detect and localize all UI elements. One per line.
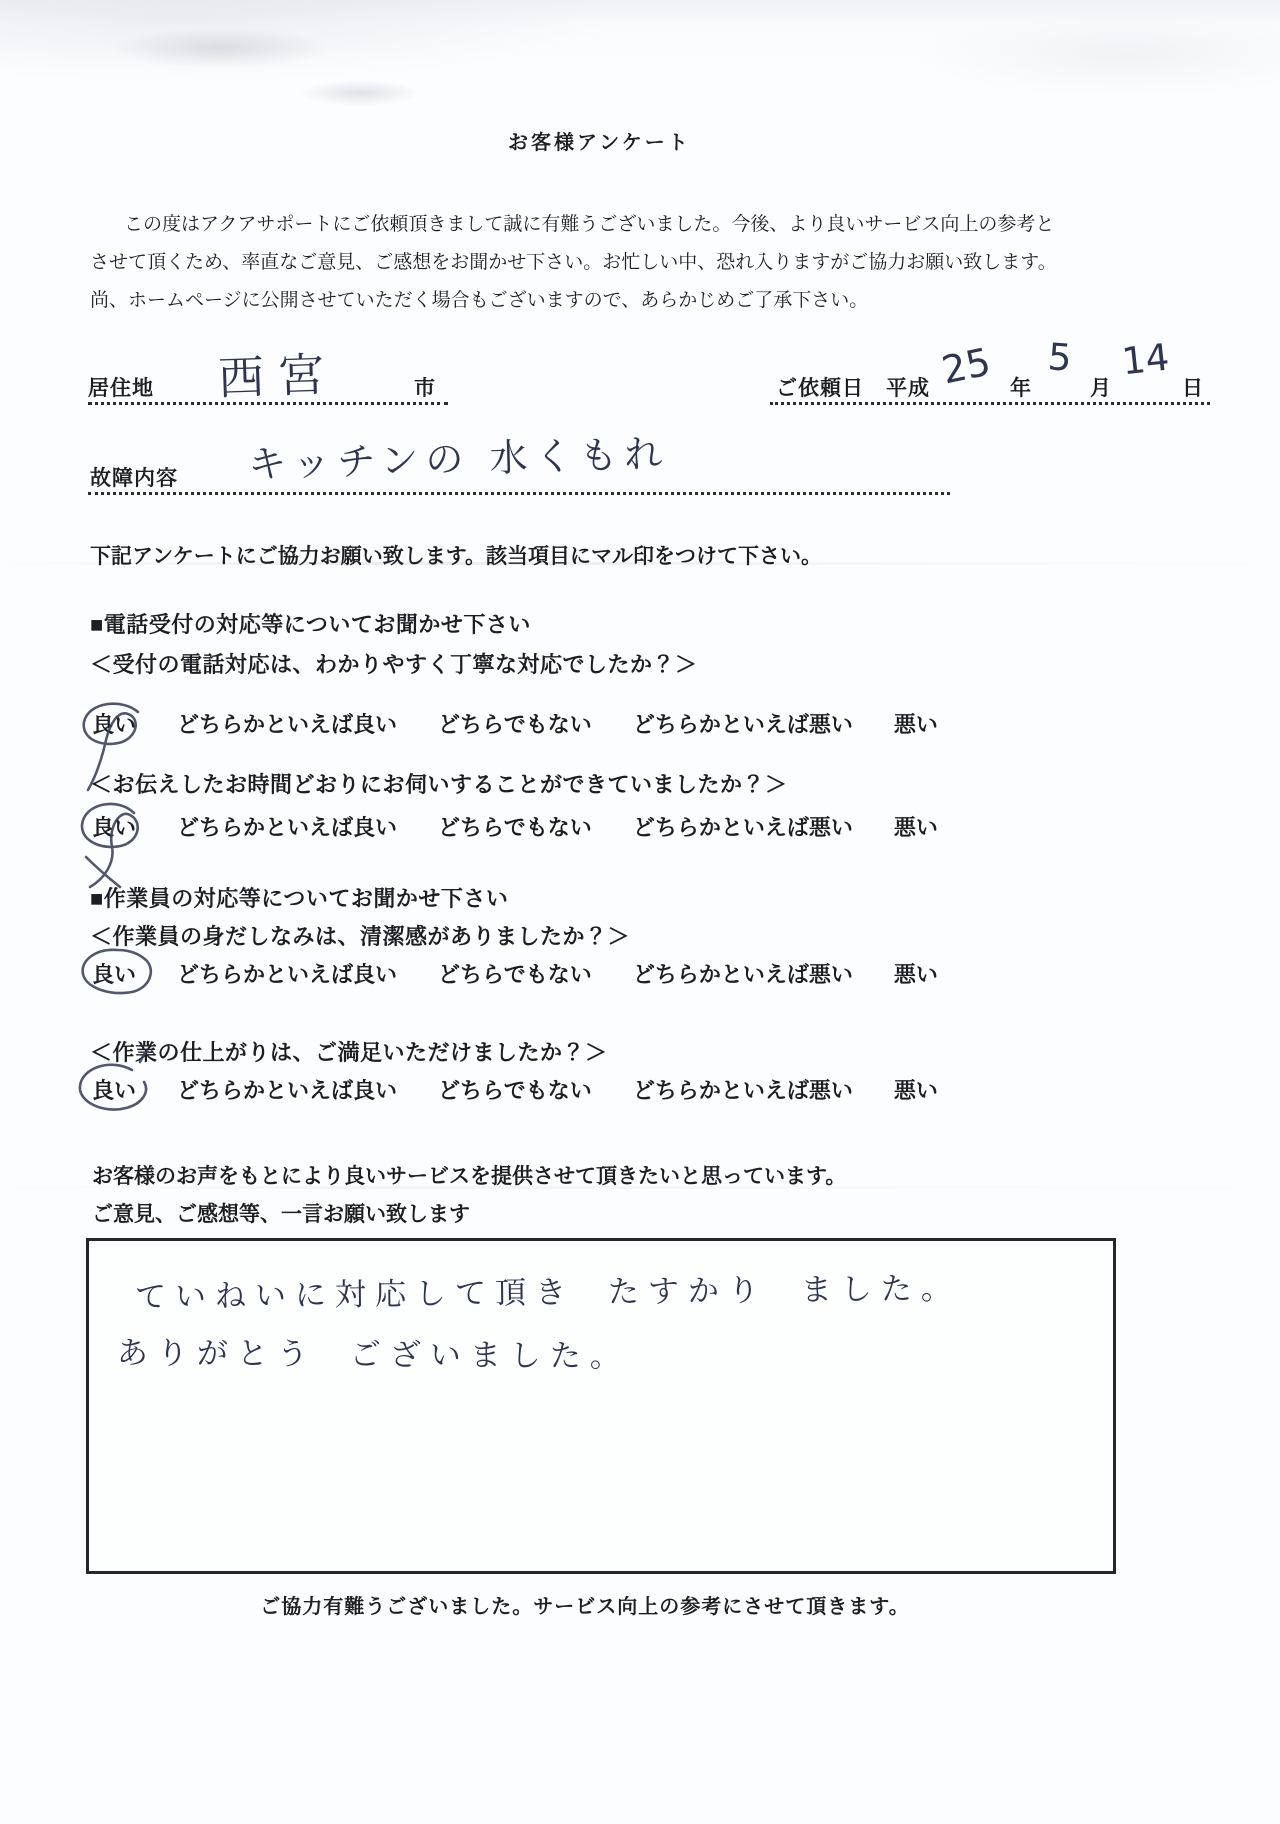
option-rather-bad: どちらかといえば悪い [633, 708, 853, 739]
option-good: 良い [92, 708, 136, 739]
option-bad: 悪い [894, 1074, 938, 1105]
handwritten-comment-line: ありがとう ございました。 [117, 1327, 630, 1376]
circle-mark [74, 795, 154, 895]
question-prompt: ＜受付の電話対応は、わかりやすく丁寧な対応でしたか？＞ [90, 648, 698, 679]
option-label: 悪い [894, 712, 938, 737]
option-good: 良い [92, 958, 136, 989]
option-label: どちらかといえば悪い [633, 712, 853, 737]
option-label: 良い [92, 1078, 136, 1103]
option-label: どちらでもない [438, 1078, 592, 1103]
dotted-underline [88, 372, 448, 405]
option-rather-good: どちらかといえば良い [177, 1074, 397, 1105]
dotted-underline [770, 372, 1210, 405]
dotted-underline [88, 462, 950, 495]
option-label: どちらでもない [438, 815, 592, 840]
closing-line: お客様のお声をもとにより良いサービスを提供させて頂きたいと思っています。 [92, 1160, 846, 1190]
options-row: 良い どちらかといえば良い どちらでもない どちらかといえば悪い 悪い [92, 811, 938, 842]
option-label: どちらかといえば良い [177, 712, 397, 737]
options-row: 良い どちらかといえば良い どちらでもない どちらかといえば悪い 悪い [92, 958, 938, 989]
page-title: お客様アンケート [508, 126, 691, 155]
option-bad: 悪い [894, 958, 938, 989]
comment-box: ていねいに対応して頂き たすかり ました。 ありがとう ございました。 [86, 1238, 1116, 1574]
option-rather-bad: どちらかといえば悪い [633, 1074, 853, 1105]
option-label: 悪い [894, 1078, 938, 1103]
option-label: 良い [92, 962, 136, 987]
option-rather-good: どちらかといえば良い [177, 811, 397, 842]
intro-line: させて頂くため、率直なご意見、ご感想をお聞かせ下さい。お忙しい中、恐れ入りますが… [90, 244, 1060, 282]
section-header-phone: ■電話受付の対応等についてお聞かせ下さい [90, 608, 531, 639]
footer-note: ご協力有難うございました。サービス向上の参考にさせて頂きます。 [0, 1590, 1170, 1619]
options-row: 良い どちらかといえば良い どちらでもない どちらかといえば悪い 悪い [92, 1074, 938, 1105]
scan-smudge [110, 28, 330, 68]
option-good: 良い [92, 1074, 136, 1105]
option-bad: 悪い [894, 708, 938, 739]
option-rather-bad: どちらかといえば悪い [633, 958, 853, 989]
option-rather-bad: どちらかといえば悪い [633, 811, 853, 842]
option-label: どちらでもない [438, 712, 592, 737]
section-header-staff: ■作業員の対応等についてお聞かせ下さい [90, 882, 508, 913]
question-prompt: ＜作業員の身だしなみは、清潔感がありましたか？＞ [90, 920, 630, 951]
option-label: 悪い [894, 815, 938, 840]
option-label: どちらかといえば良い [177, 962, 397, 987]
scan-smudge [300, 80, 420, 106]
option-rather-good: どちらかといえば良い [177, 958, 397, 989]
option-bad: 悪い [894, 811, 938, 842]
survey-instruction: 下記アンケートにご協力お願い致します。該当項目にマル印をつけて下さい。 [90, 540, 822, 570]
options-row: 良い どちらかといえば良い どちらでもない どちらかといえば悪い 悪い [92, 708, 938, 739]
handwritten-comment-line: ていねいに対応して頂き たすかり ました。 [135, 1263, 961, 1317]
option-neutral: どちらでもない [438, 811, 592, 842]
option-label: どちらかといえば良い [177, 815, 397, 840]
intro-line: 尚、ホームページに公開させていただく場合もございますので、あらかじめご了承下さい… [90, 282, 1060, 320]
intro-line: この度はアクアサポートにご依頼頂きまして誠に有難うございました。今後、より良いサ… [90, 206, 1060, 244]
option-neutral: どちらでもない [438, 708, 592, 739]
option-label: 悪い [894, 962, 938, 987]
option-label: どちらかといえば良い [177, 1078, 397, 1103]
intro-paragraph: この度はアクアサポートにご依頼頂きまして誠に有難うございました。今後、より良いサ… [90, 206, 1060, 320]
option-neutral: どちらでもない [438, 958, 592, 989]
option-label: どちらかといえば悪い [633, 962, 853, 987]
closing-line: ご意見、ご感想等、一言お願い致します [92, 1198, 470, 1228]
option-label: 良い [92, 712, 136, 737]
option-label: どちらかといえば悪い [633, 1078, 853, 1103]
option-label: どちらかといえば悪い [633, 815, 853, 840]
scanned-survey-form: お客様アンケート この度はアクアサポートにご依頼頂きまして誠に有難うございました… [0, 0, 1280, 1824]
option-label: どちらでもない [438, 962, 592, 987]
option-neutral: どちらでもない [438, 1074, 592, 1105]
question-prompt: ＜お伝えしたお時間どおりにお伺いすることができていましたか？＞ [90, 768, 788, 799]
option-label: 良い [92, 815, 136, 840]
question-prompt: ＜作業の仕上がりは、ご満足いただけましたか？＞ [90, 1036, 608, 1067]
option-good: 良い [92, 811, 136, 842]
option-rather-good: どちらかといえば良い [177, 708, 397, 739]
